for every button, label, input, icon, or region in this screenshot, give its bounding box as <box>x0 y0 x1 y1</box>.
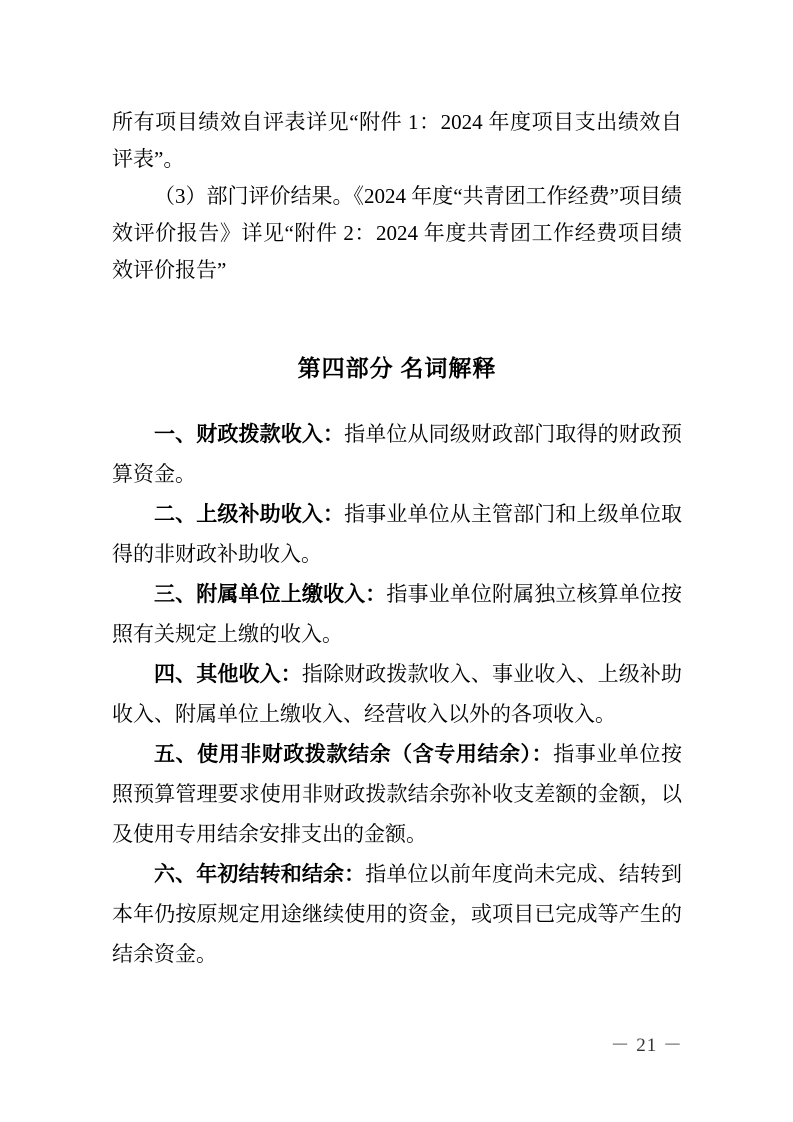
page-number: － 21 － <box>610 1030 683 1057</box>
definition-term: 三、附属单位上缴收入： <box>154 582 386 606</box>
definition-item: 六、年初结转和结余：指单位以前年度尚未完成、结转到本年仍按原规定用途继续使用的资… <box>112 854 682 974</box>
intro-paragraph-2: （3）部门评价结果。《2024 年度“共青团工作经费”项目绩效评价报告》详见“附… <box>112 178 682 289</box>
document-page: 所有项目绩效自评表详见“附件 1：2024 年度项目支出绩效自评表”。 （3）部… <box>0 0 793 1122</box>
definition-item: 二、上级补助收入：指事业单位从主管部门和上级单位取得的非财政补助收入。 <box>112 494 682 574</box>
definition-item: 一、财政拨款收入：指单位从同级财政部门取得的财政预算资金。 <box>112 414 682 494</box>
definition-term: 五、使用非财政拨款结余（含专用结余）： <box>154 742 553 766</box>
definition-term: 一、财政拨款收入： <box>154 422 344 446</box>
definition-term: 二、上级补助收入： <box>154 502 344 526</box>
definition-item: 四、其他收入：指除财政拨款收入、事业收入、上级补助收入、附属单位上缴收入、经营收… <box>112 654 682 734</box>
definition-item: 三、附属单位上缴收入：指事业单位附属独立核算单位按照有关规定上缴的收入。 <box>112 574 682 654</box>
definition-term: 四、其他收入： <box>154 662 302 686</box>
intro-section: 所有项目绩效自评表详见“附件 1：2024 年度项目支出绩效自评表”。 （3）部… <box>112 104 682 289</box>
section-heading: 第四部分 名词解释 <box>112 350 682 383</box>
intro-paragraph-1: 所有项目绩效自评表详见“附件 1：2024 年度项目支出绩效自评表”。 <box>112 104 682 178</box>
definitions-section: 一、财政拨款收入：指单位从同级财政部门取得的财政预算资金。 二、上级补助收入：指… <box>112 414 682 974</box>
definition-term: 六、年初结转和结余： <box>154 862 365 886</box>
definition-item: 五、使用非财政拨款结余（含专用结余）：指事业单位按照预算管理要求使用非财政拨款结… <box>112 734 682 854</box>
